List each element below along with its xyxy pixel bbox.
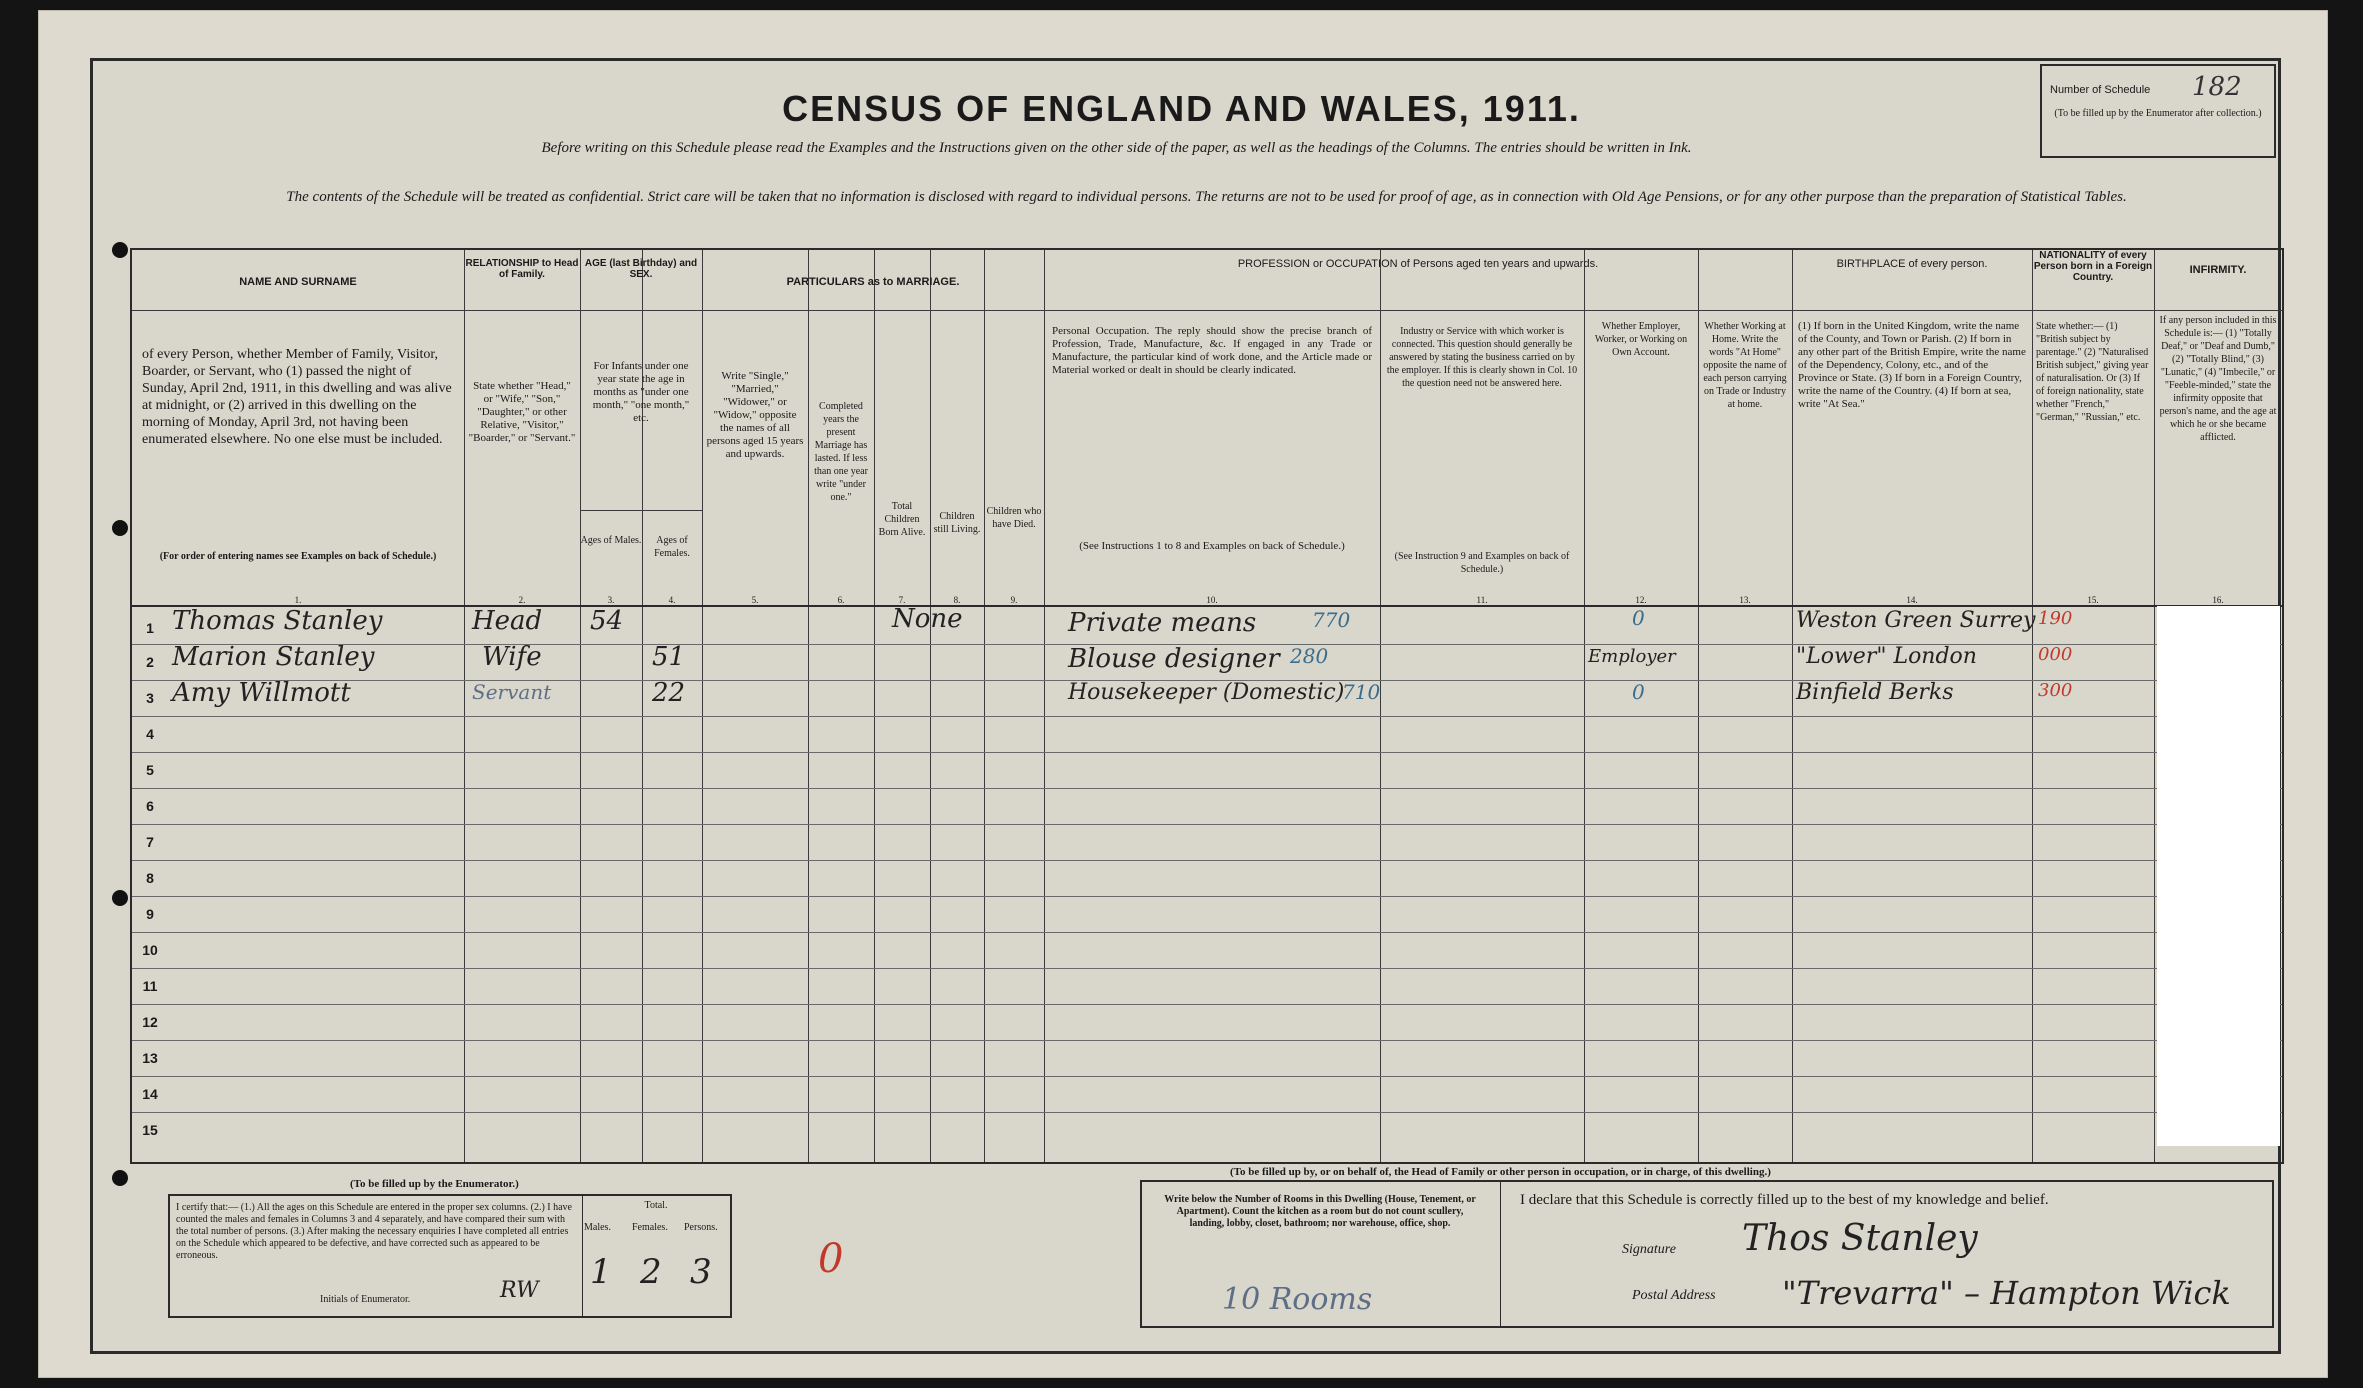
col-divider <box>930 250 931 1162</box>
colnum: 15. <box>2032 595 2154 605</box>
colnum: 3. <box>580 595 642 605</box>
header-marriage-years: Completed years the present Marriage has… <box>812 400 870 504</box>
row1-children: None <box>892 604 963 634</box>
row-number: 12 <box>136 1014 164 1030</box>
row-number: 1 <box>136 620 164 636</box>
row3-birthplace: Binfield Berks <box>1796 680 1954 705</box>
head-section-box: Write below the Number of Rooms in this … <box>1140 1180 2274 1328</box>
row-line <box>132 788 2282 789</box>
row-line <box>132 968 2282 969</box>
colnum: 4. <box>642 595 702 605</box>
total-label: Total. <box>582 1200 730 1212</box>
document-title: CENSUS OF ENGLAND AND WALES, 1911. <box>0 88 2363 130</box>
col-divider <box>702 250 703 1162</box>
persons-label: Persons. <box>684 1222 718 1234</box>
header-relationship: RELATIONSHIP to Head of Family. <box>464 258 580 280</box>
rooms-value: 10 Rooms <box>1222 1282 1372 1317</box>
declaration-text: I declare that this Schedule is correctl… <box>1520 1192 2049 1209</box>
row3-name: Amy Willmott <box>172 678 351 708</box>
colnum: 5. <box>702 595 808 605</box>
row1-employment: 0 <box>1632 606 1645 630</box>
row-line <box>132 860 2282 861</box>
col-divider <box>1698 250 1699 1162</box>
header-nationality: NATIONALITY of every Person born in a Fo… <box>2032 250 2154 283</box>
header-line <box>132 310 2282 311</box>
row-number: 8 <box>136 870 164 886</box>
signature-label: Signature <box>1622 1242 1676 1258</box>
row-number: 2 <box>136 654 164 670</box>
row-line <box>132 932 2282 933</box>
colnum: 16. <box>2154 595 2282 605</box>
row2-name: Marion Stanley <box>172 642 374 672</box>
total-persons: 3 <box>690 1252 712 1292</box>
household-table: NAME AND SURNAME of every Person, whethe… <box>130 248 2284 1164</box>
row3-occupation: Housekeeper (Domestic) <box>1068 680 1344 705</box>
enumerator-certify: I certify that:— (1.) All the ages on th… <box>176 1202 576 1262</box>
row-number: 9 <box>136 906 164 922</box>
colnum: 9. <box>984 595 1044 605</box>
row1-age-male: 54 <box>590 606 623 636</box>
row1-birthplace: Weston Green Surrey <box>1796 608 2035 633</box>
header-bottom-line <box>132 605 2282 607</box>
red-check-mark: 0 <box>818 1236 843 1282</box>
header-age-males: Ages of Males. <box>580 534 642 547</box>
header-birthplace-desc: (1) If born in the United Kingdom, write… <box>1798 320 2026 411</box>
row-line <box>132 752 2282 753</box>
header-age-females: Ages of Females. <box>642 534 702 560</box>
row2-bp-code: 000 <box>2038 644 2072 665</box>
punch-hole <box>112 520 128 536</box>
colnum: 14. <box>1792 595 2032 605</box>
enumerator-heading: (To be filled up by the Enumerator.) <box>350 1178 519 1190</box>
postal-address-label: Postal Address <box>1632 1288 1716 1304</box>
header-name-note: (For order of entering names see Example… <box>142 550 454 563</box>
row-line <box>132 824 2282 825</box>
col-divider <box>1584 250 1585 1162</box>
row1-relationship: Head <box>472 606 542 636</box>
postal-address: "Trevarra" – Hampton Wick <box>1782 1274 2231 1312</box>
row-line <box>132 1076 2282 1077</box>
col-divider <box>808 250 809 1162</box>
header-relationship-desc: State whether "Head," or "Wife," "Son," … <box>468 380 576 445</box>
header-name: NAME AND SURNAME <box>132 276 464 288</box>
enumerator-initials: RW <box>500 1278 539 1303</box>
header-infirmity-desc: If any person included in this Schedule … <box>2158 314 2278 444</box>
row-number: 4 <box>136 726 164 742</box>
header-children-died: Children who have Died. <box>986 505 1042 531</box>
colnum: 13. <box>1698 595 1792 605</box>
col-divider <box>2154 250 2155 1162</box>
header-employer-desc: Whether Employer, Worker, or Working on … <box>1586 320 1696 359</box>
row3-relationship: Servant <box>472 680 551 704</box>
header-industry-desc: Industry or Service with which worker is… <box>1384 325 1580 390</box>
header-home-desc: Whether Working at Home. Write the words… <box>1700 320 1790 411</box>
row2-occ-code: 280 <box>1290 644 1328 668</box>
row3-employment: 0 <box>1632 680 1645 704</box>
col-divider <box>1792 250 1793 1162</box>
row2-birthplace: "Lower" London <box>1796 644 1977 669</box>
header-industry-note: (See Instruction 9 and Examples on back … <box>1384 550 1580 576</box>
col-divider <box>874 250 875 1162</box>
schedule-number-value: 182 <box>2192 72 2242 102</box>
row-number: 14 <box>136 1086 164 1102</box>
enumerator-box: I certify that:— (1.) All the ages on th… <box>168 1194 732 1318</box>
header-name-desc: of every Person, whether Member of Famil… <box>142 346 454 448</box>
row-line <box>132 896 2282 897</box>
colnum: 2. <box>464 595 580 605</box>
males-label: Males. <box>584 1222 611 1234</box>
row3-age-female: 22 <box>652 678 685 708</box>
col-divider <box>984 250 985 1162</box>
signature: Thos Stanley <box>1742 1218 1978 1259</box>
row2-employment: Employer <box>1588 646 1676 667</box>
row2-relationship: Wife <box>482 642 542 672</box>
col-divider <box>464 250 465 1162</box>
schedule-number-box: Number of Schedule 182 (To be filled up … <box>2040 64 2276 158</box>
row-number: 11 <box>136 978 164 994</box>
col-divider <box>1044 250 1045 1162</box>
row-line <box>132 1004 2282 1005</box>
punch-hole <box>112 242 128 258</box>
row1-occupation: Private means <box>1068 608 1256 638</box>
header-occupation-desc: Personal Occupation. The reply should sh… <box>1052 325 1372 377</box>
header-infirmity: INFIRMITY. <box>2154 264 2282 276</box>
header-age: AGE (last Birthday) and SEX. <box>580 258 702 280</box>
colnum: 11. <box>1380 595 1584 605</box>
header-occupation: PROFESSION or OCCUPATION of Persons aged… <box>1044 258 1792 270</box>
header-marriage-desc: Write "Single," "Married," "Widower," or… <box>706 370 804 461</box>
colnum: 1. <box>132 595 464 605</box>
row-number: 3 <box>136 690 164 706</box>
row-line <box>132 1040 2282 1041</box>
row-number: 7 <box>136 834 164 850</box>
females-label: Females. <box>632 1222 668 1234</box>
total-males: 1 <box>590 1252 612 1292</box>
head-section-heading: (To be filled up by, or on behalf of, th… <box>1230 1166 1771 1178</box>
row3-occ-code: 710 <box>1342 680 1380 704</box>
header-age-desc: For Infants under one year state the age… <box>584 360 698 425</box>
enumerator-initials-label: Initials of Enumerator. <box>320 1294 410 1306</box>
col-divider <box>580 250 581 1162</box>
confidential-notice: The contents of the Schedule will be tre… <box>150 186 2263 208</box>
redacted-infirmity-area <box>2157 606 2280 1146</box>
row1-bp-code: 190 <box>2038 608 2072 629</box>
row-number: 13 <box>136 1050 164 1066</box>
header-occupation-note: (See Instructions 1 to 8 and Examples on… <box>1052 540 1372 553</box>
row2-age-female: 51 <box>652 642 685 672</box>
col-divider <box>1380 250 1381 1162</box>
row-number: 10 <box>136 942 164 958</box>
row-line <box>132 1112 2282 1113</box>
colnum: 10. <box>1044 595 1380 605</box>
row-number: 6 <box>136 798 164 814</box>
colnum: 6. <box>808 595 874 605</box>
col-divider <box>2032 250 2033 1162</box>
punch-hole <box>112 1170 128 1186</box>
row-line <box>132 716 2282 717</box>
total-females: 2 <box>640 1252 662 1292</box>
row1-name: Thomas Stanley <box>172 606 382 636</box>
row-number: 15 <box>136 1122 164 1138</box>
punch-hole <box>112 890 128 906</box>
header-birthplace: BIRTHPLACE of every person. <box>1792 258 2032 270</box>
header-children-born: Total Children Born Alive. <box>876 500 928 539</box>
colnum: 12. <box>1584 595 1698 605</box>
instruction-line: Before writing on this Schedule please r… <box>0 140 2233 157</box>
row3-bp-code: 300 <box>2038 680 2072 701</box>
row1-occ-code: 770 <box>1312 608 1350 632</box>
schedule-number-label: Number of Schedule <box>2050 84 2150 96</box>
header-nationality-desc: State whether:— (1) "British subject by … <box>2036 320 2150 424</box>
age-sub-line <box>580 510 702 511</box>
header-marriage: PARTICULARS as to MARRIAGE. <box>702 276 1044 288</box>
row2-occupation: Blouse designer <box>1068 644 1280 674</box>
rooms-instruction: Write below the Number of Rooms in this … <box>1160 1194 1480 1230</box>
total-divider <box>582 1196 583 1316</box>
row-number: 5 <box>136 762 164 778</box>
schedule-number-note: (To be filled up by the Enumerator after… <box>2048 108 2268 120</box>
rooms-box: Write below the Number of Rooms in this … <box>1142 1182 1501 1326</box>
header-children-living: Children still Living. <box>932 510 982 536</box>
